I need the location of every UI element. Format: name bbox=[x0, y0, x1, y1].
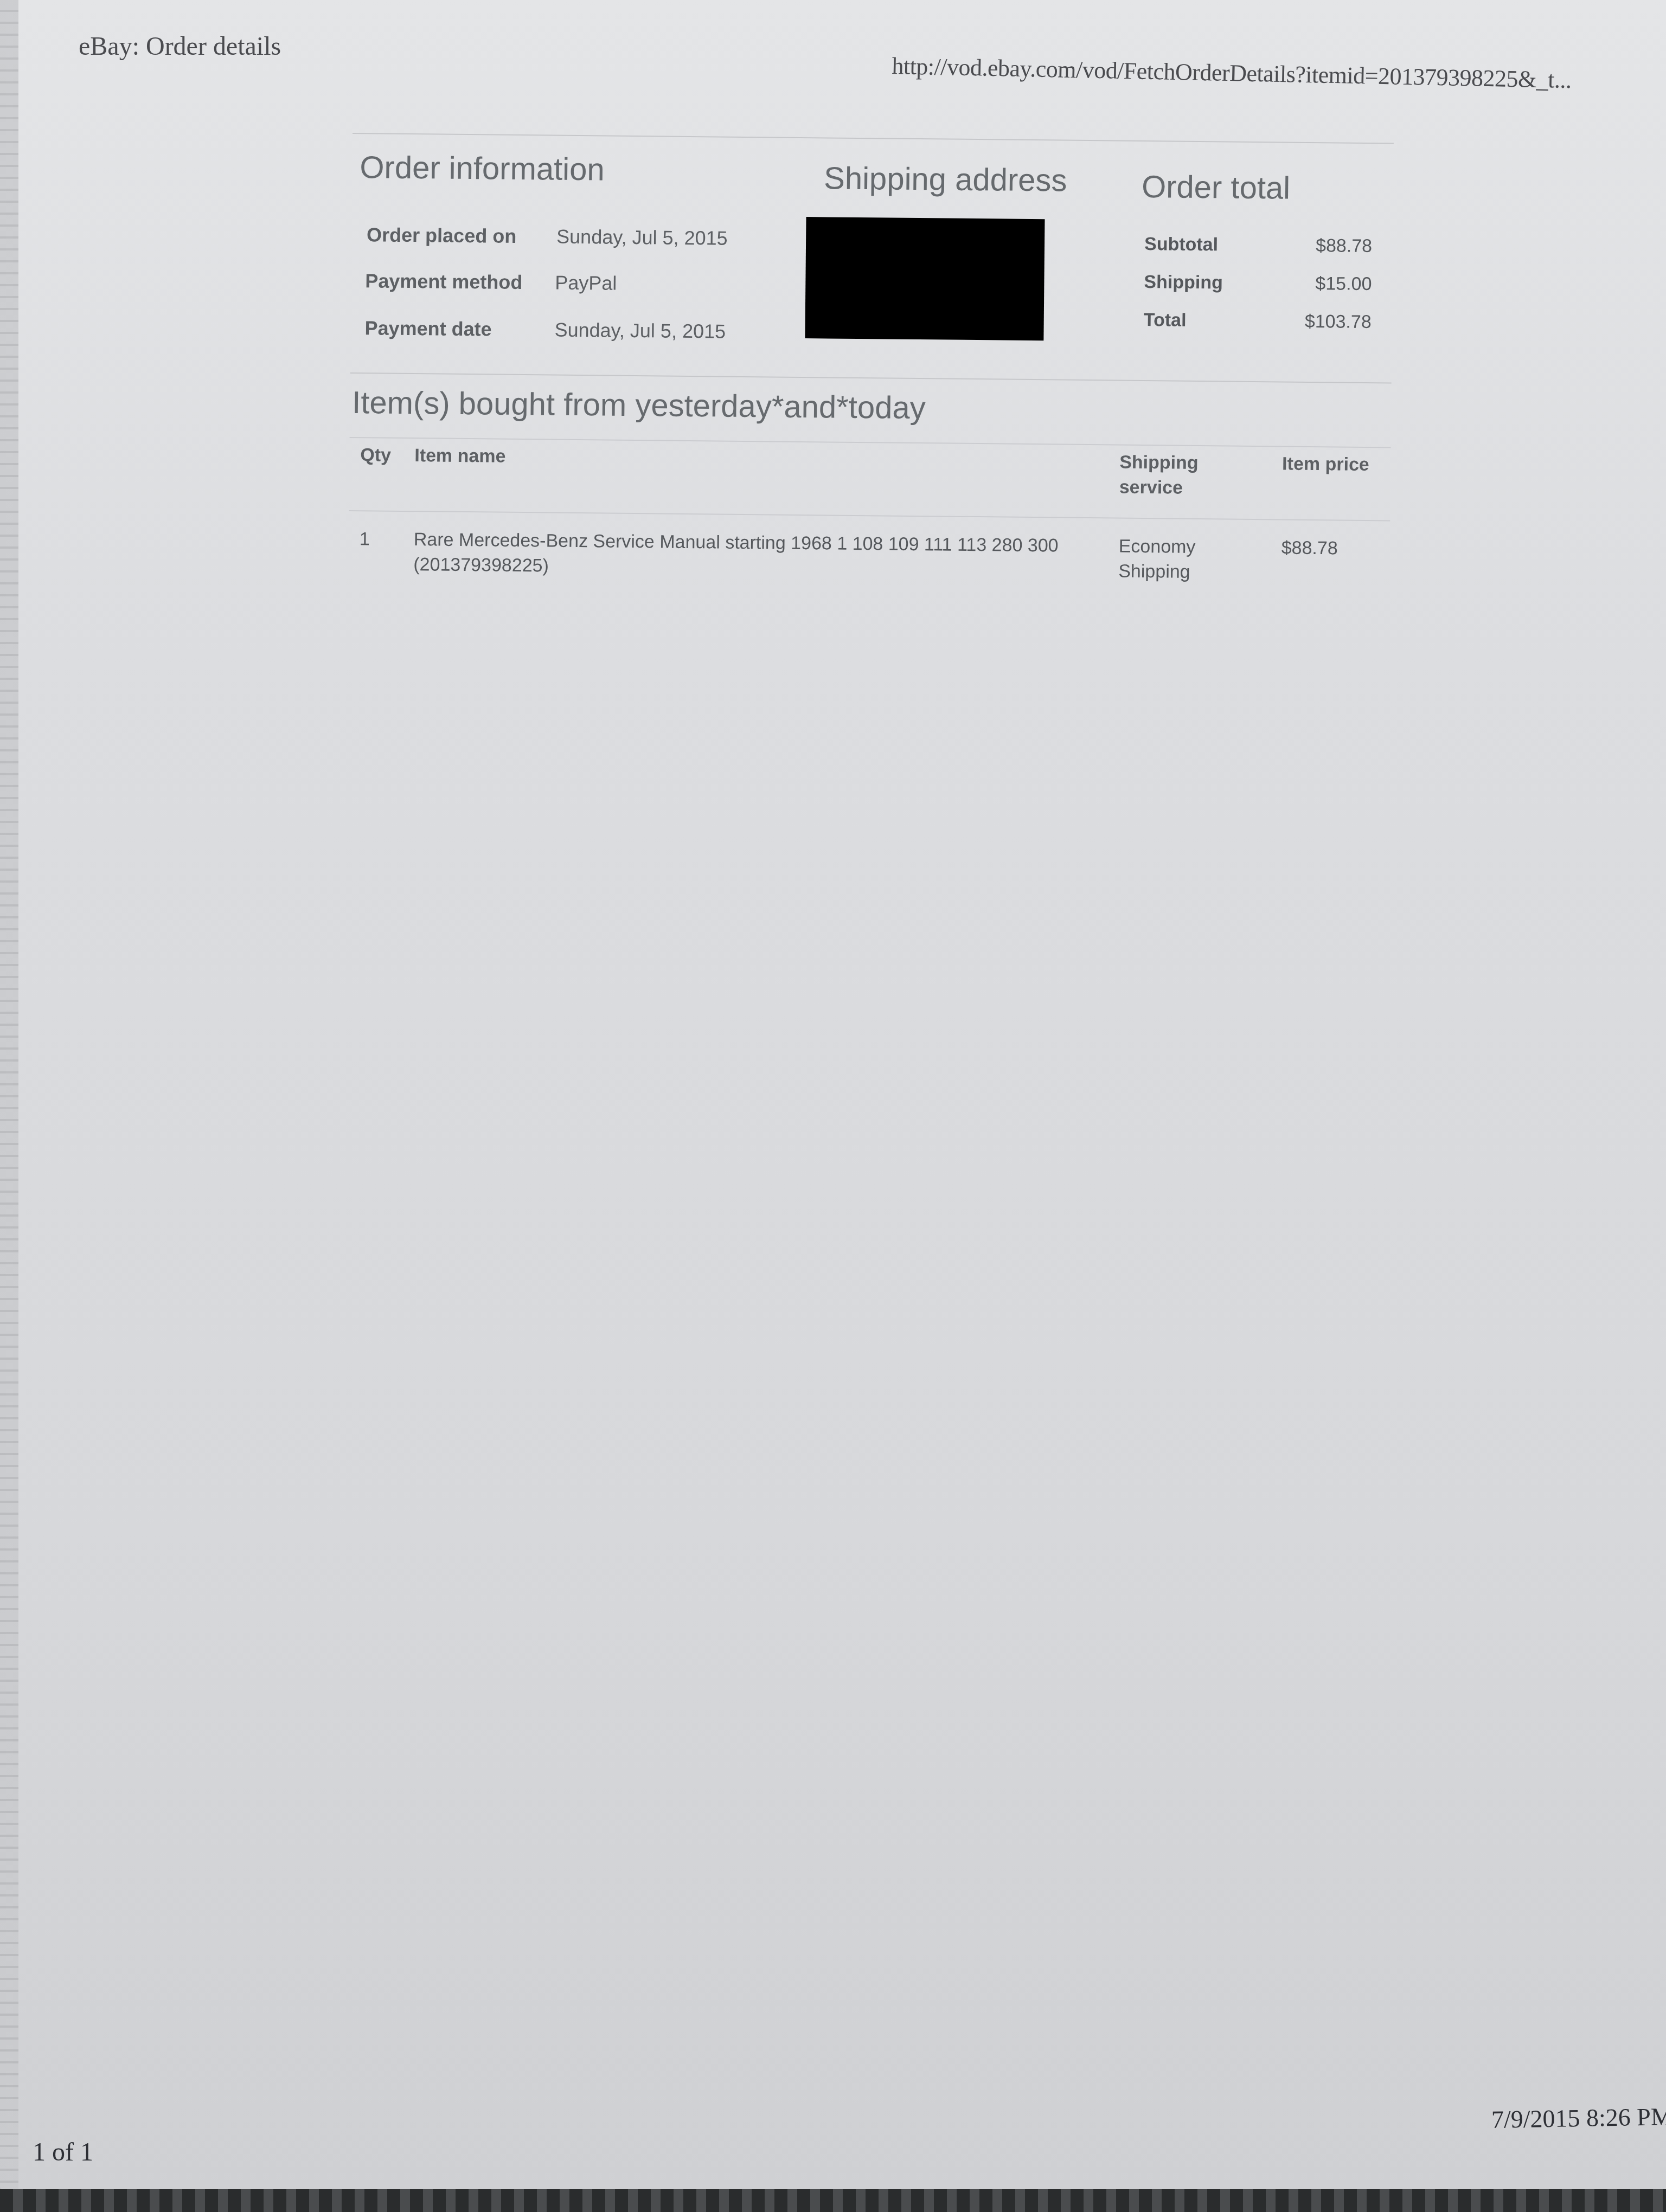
subtotal-row: Subtotal $88.78 bbox=[1144, 234, 1372, 257]
subtotal-value: $88.78 bbox=[1316, 235, 1372, 257]
column-header-shipping-service: Shipping service bbox=[1119, 450, 1228, 501]
redacted-shipping-address bbox=[805, 217, 1045, 340]
page-header-title: eBay: Order details bbox=[79, 31, 281, 61]
item-shipping-service: Economy Shipping bbox=[1118, 534, 1227, 585]
payment-method-row: Payment method PayPal bbox=[365, 269, 617, 294]
payment-method-label: Payment method bbox=[365, 269, 549, 294]
order-placed-value: Sunday, Jul 5, 2015 bbox=[556, 226, 728, 250]
column-header-qty: Qty bbox=[360, 442, 391, 468]
shipping-cost-label: Shipping bbox=[1144, 272, 1223, 293]
order-placed-label: Order placed on bbox=[367, 223, 551, 248]
printed-page: eBay: Order details http://vod.ebay.com/… bbox=[0, 0, 1666, 2190]
payment-method-value: PayPal bbox=[555, 272, 617, 295]
order-details-content: Order information Order placed on Sunday… bbox=[348, 133, 1394, 642]
order-information-heading: Order information bbox=[360, 149, 605, 188]
column-header-item-price: Item price bbox=[1282, 451, 1391, 477]
item-price: $88.78 bbox=[1281, 535, 1390, 561]
item-qty: 1 bbox=[360, 526, 370, 551]
total-row: Total $103.78 bbox=[1144, 310, 1372, 333]
total-value: $103.78 bbox=[1305, 311, 1372, 333]
print-timestamp: 7/9/2015 8:26 PM bbox=[1491, 2102, 1666, 2134]
total-label: Total bbox=[1144, 310, 1187, 331]
payment-date-value: Sunday, Jul 5, 2015 bbox=[554, 319, 726, 343]
shipping-address-heading: Shipping address bbox=[824, 160, 1067, 198]
shipping-cost-value: $15.00 bbox=[1315, 273, 1372, 295]
divider bbox=[349, 510, 1390, 521]
column-header-item-name: Item name bbox=[414, 443, 1076, 474]
subtotal-label: Subtotal bbox=[1144, 234, 1218, 255]
payment-date-label: Payment date bbox=[364, 317, 549, 341]
items-table: Qty Item name Shipping service Item pric… bbox=[348, 437, 1391, 642]
page-header-url: http://vod.ebay.com/vod/FetchOrderDetail… bbox=[892, 52, 1572, 94]
payment-date-row: Payment date Sunday, Jul 5, 2015 bbox=[364, 317, 726, 343]
order-summary-sections: Order information Order placed on Sunday… bbox=[350, 134, 1394, 382]
items-heading: Item(s) bought from yesterday*and*today bbox=[352, 384, 1392, 430]
page-number: 1 of 1 bbox=[33, 2137, 93, 2167]
binder-rings bbox=[0, 2189, 1666, 2212]
order-placed-row: Order placed on Sunday, Jul 5, 2015 bbox=[367, 223, 728, 249]
item-name: Rare Mercedes-Benz Service Manual starti… bbox=[413, 527, 1075, 583]
order-total-heading: Order total bbox=[1142, 169, 1291, 207]
sheet-protector-edge bbox=[0, 0, 18, 2212]
shipping-cost-row: Shipping $15.00 bbox=[1144, 272, 1372, 295]
